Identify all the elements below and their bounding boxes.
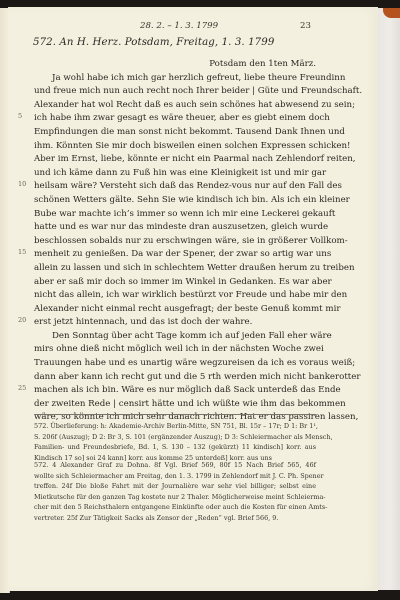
textual-apparatus: 572. Überlieferung: h: Akademie-Archiv B… [34, 421, 316, 463]
body-line: und ich käme dann zu Fuß hin was eine Kl… [34, 167, 316, 181]
body-line: Bube war machte ich’s immer so wenn ich … [34, 208, 316, 222]
body-line: Aber im Ernst, liebe, könnte er nicht ei… [34, 153, 316, 167]
page-number: 23 [300, 21, 311, 31]
body-line: nicht das allein, ich war wirklich bestü… [34, 289, 316, 303]
body-line: der zweiten Rede | censirt hätte und ich… [34, 398, 316, 412]
footnote-rule [34, 414, 316, 415]
body-line: Empfindungen die man sonst nicht bekommt… [34, 126, 316, 140]
body-line: Ja wohl habe ich mich gar herzlich gefre… [34, 72, 316, 86]
body-line: mirs ohne dieß nicht möglich weil ich in… [34, 343, 316, 357]
body-line: ich habe ihm zwar gesagt es wäre theuer,… [34, 112, 316, 126]
body-line: dann aber kann ich recht gut und die 5 r… [34, 371, 316, 385]
apparatus-line: 572. Überlieferung: h: Akademie-Archiv B… [34, 421, 316, 432]
commentary-line: 572. 4 Alexander Graf zu Dohna. 8f Vgl. … [34, 460, 316, 471]
commentary-line: Mietkutsche für den ganzen Tag kostete n… [34, 492, 316, 503]
commentary-line: treffen. 24f Die bloße Fahrt mit der Jou… [34, 481, 316, 492]
body-line: beschlossen sobalds nur zu erschwingen w… [34, 235, 316, 249]
commentary-line: cher mit den 5 Reichsthalern entgangene … [34, 502, 316, 513]
body-line: erst jetzt hintennach, und das ist doch … [34, 316, 316, 330]
body-line: und freue mich nun auch recht noch Ihrer… [34, 85, 316, 99]
right-page-stack [375, 8, 400, 590]
body-line: schönen Wetters gälte. Sehn Sie wie kind… [34, 194, 316, 208]
body-line: ihm. Könnten Sie mir doch bisweilen eine… [34, 140, 316, 154]
apparatus-line: S. 206f (Auszug); D 2: Br 3, S. 101 (erg… [34, 432, 316, 443]
commentary-line: vertreter. 25f Zur Tätigkeit Sacks als Z… [34, 513, 316, 524]
line-number: 20 [18, 316, 26, 324]
body-line: hatte und es war nur das mindeste dran a… [34, 221, 316, 235]
body-line: menheit zu genießen. Da war der Spener, … [34, 248, 316, 262]
dateline: Potsdam den 1ten März. [34, 58, 316, 72]
body-line: aber er saß mir doch so immer im Winkel … [34, 276, 316, 290]
letter-body: Potsdam den 1ten März. Ja wohl habe ich … [34, 58, 316, 425]
body-line: Alexander nicht einmal recht ausgefragt;… [34, 303, 316, 317]
book-cover-edge [383, 8, 400, 18]
body-line: Alexander hat wol Recht daß es auch sein… [34, 99, 316, 113]
line-number: 5 [18, 112, 22, 120]
letter-heading: 572. An H. Herz. Potsdam, Freitag, 1. 3.… [33, 37, 274, 48]
line-number: 15 [18, 248, 26, 256]
commentary-line: wollte sich Schleiermacher am Freitag, d… [34, 471, 316, 482]
body-line: Trauungen habe und es unartig wäre wegzu… [34, 357, 316, 371]
body-line: allein zu lassen und sich in schlechtem … [34, 262, 316, 276]
body-line: machen als ich bin. Wäre es nur möglich … [34, 384, 316, 398]
book-page: 28. 2. – 1. 3. 1799 23 572. An H. Herz. … [8, 7, 378, 591]
body-line: heilsam wäre? Versteht sich daß das Rend… [34, 180, 316, 194]
body-line: Den Sonntag über acht Tage komm ich auf … [34, 330, 316, 344]
line-number: 10 [18, 180, 26, 188]
commentary-apparatus: 572. 4 Alexander Graf zu Dohna. 8f Vgl. … [34, 460, 316, 524]
running-head-title: 28. 2. – 1. 3. 1799 [140, 21, 218, 31]
apparatus-line: Familien- und Freundesbriefe, Bd. 1, S. … [34, 442, 316, 453]
line-number: 25 [18, 384, 26, 392]
